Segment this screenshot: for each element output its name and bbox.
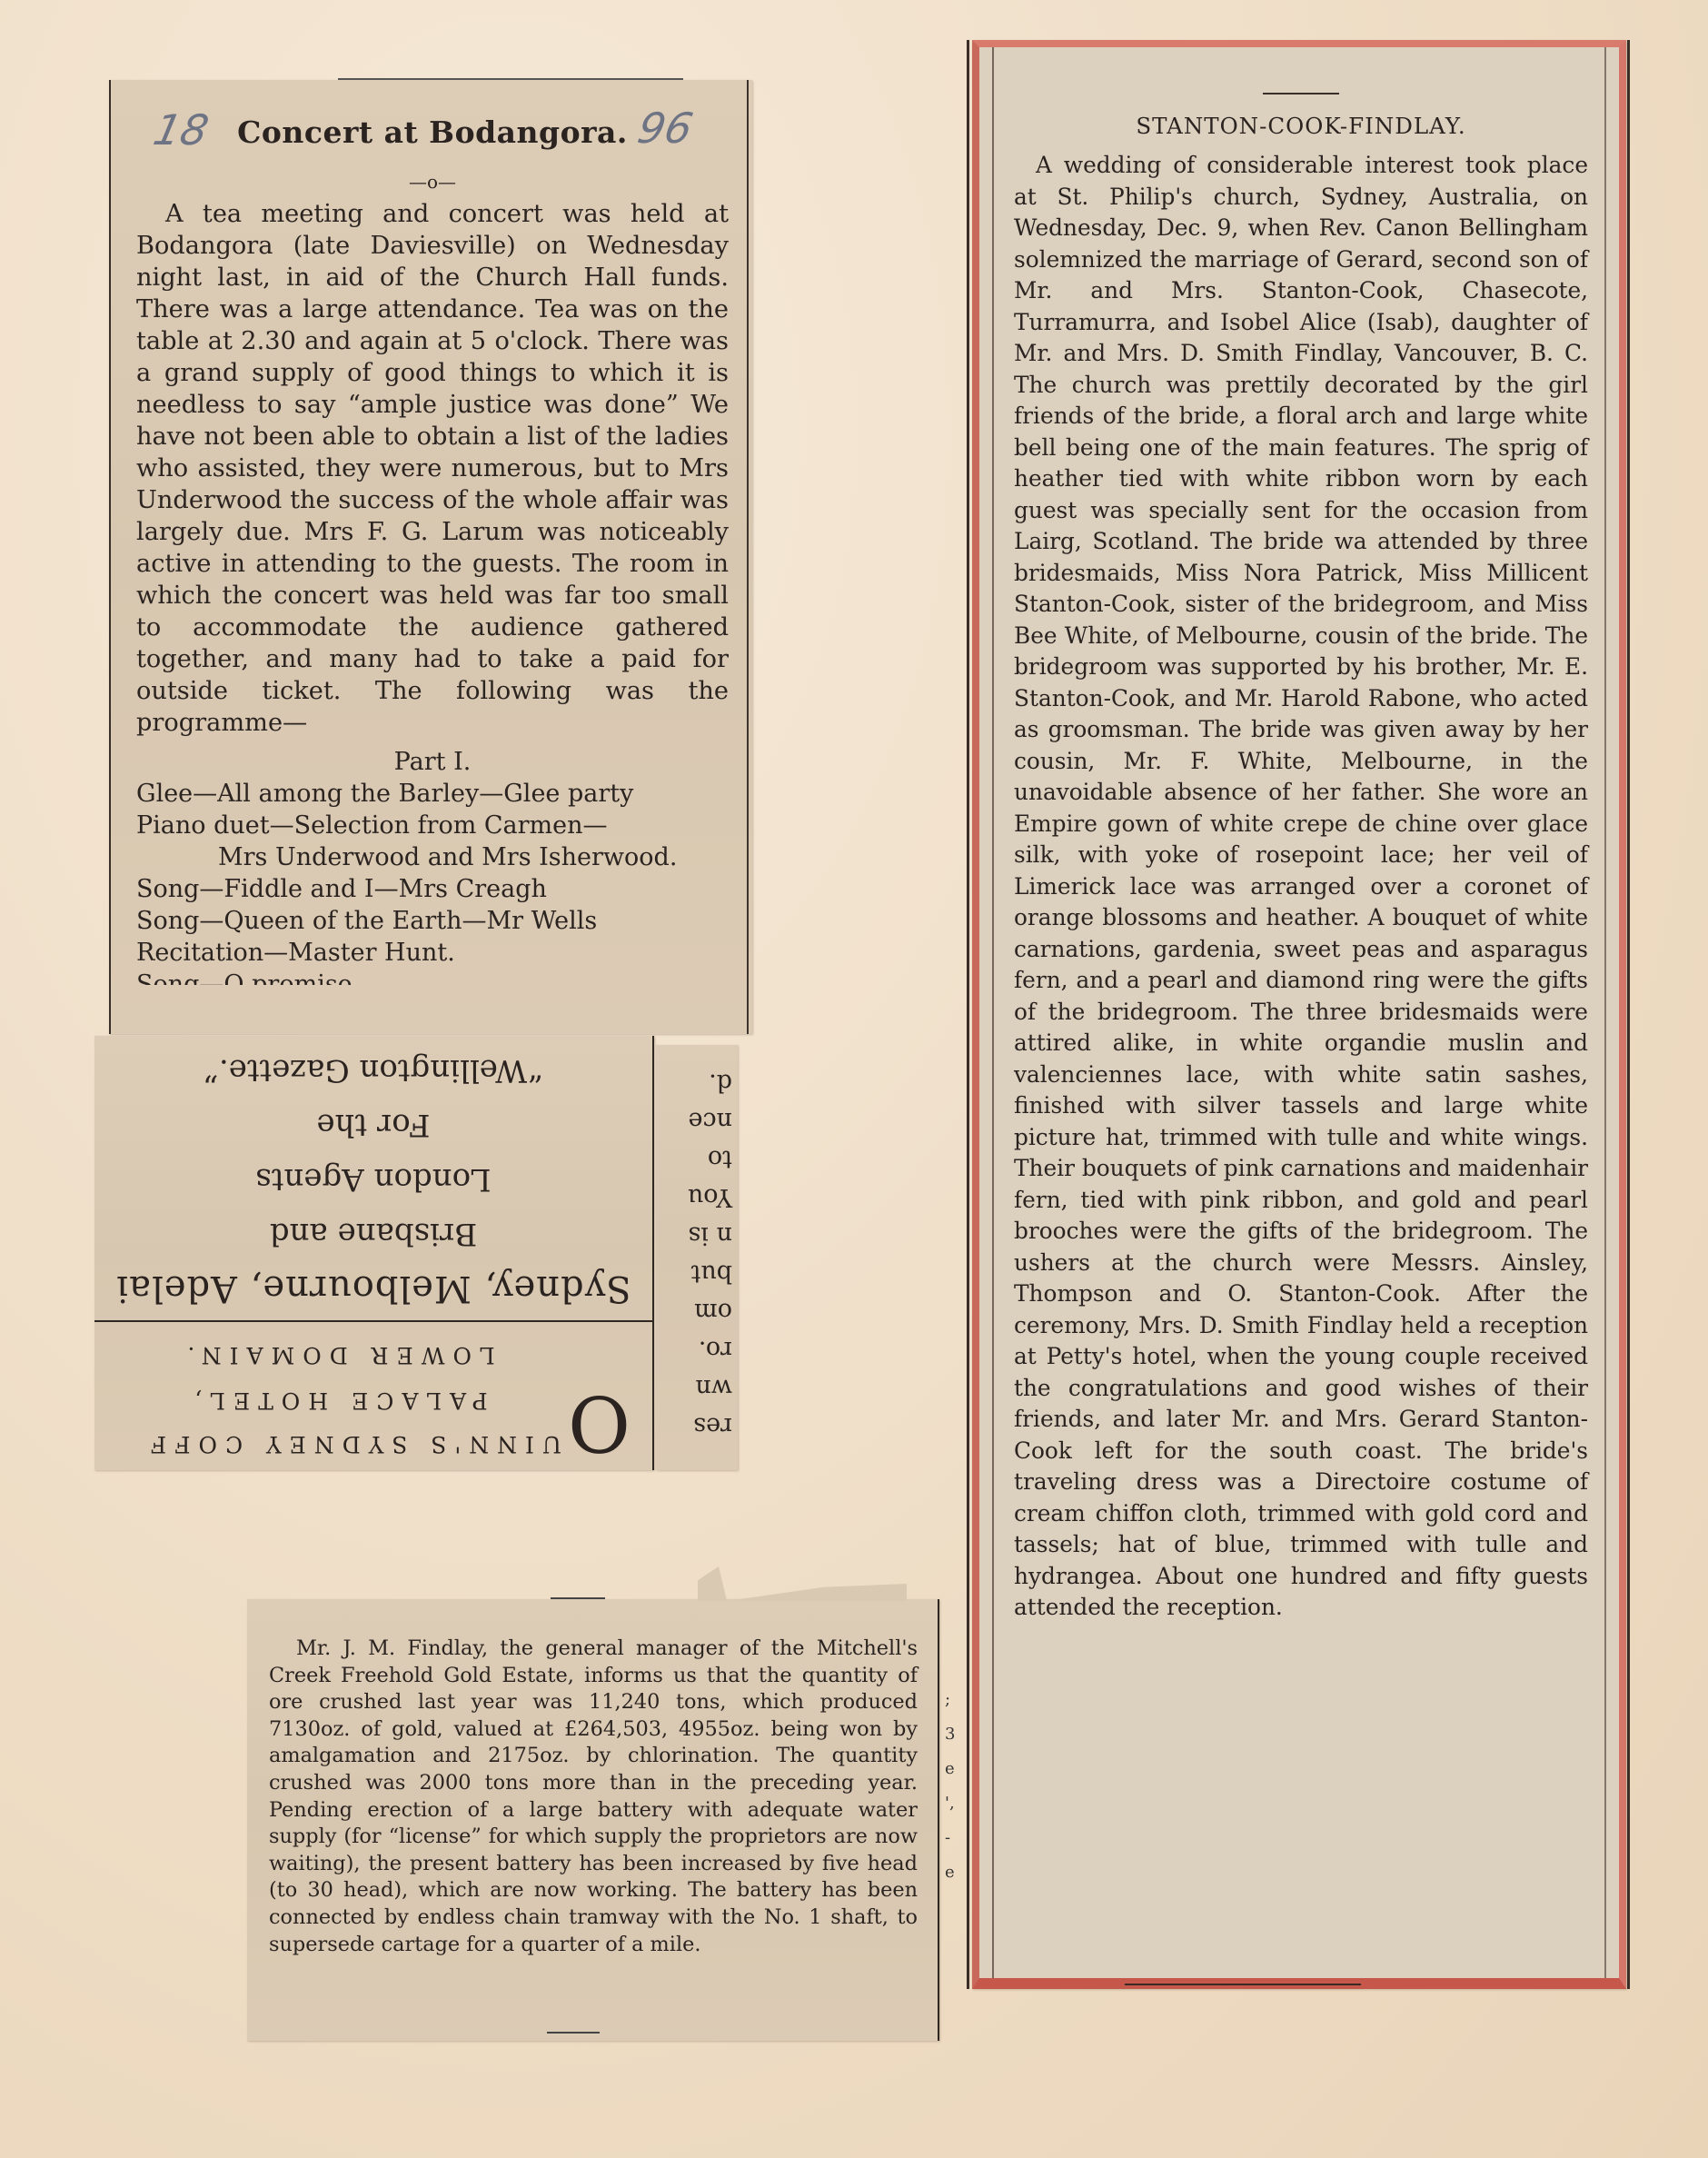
fragment: You xyxy=(656,1178,732,1216)
agents-line: Brisbane and xyxy=(94,1207,652,1261)
torn-paper-tab xyxy=(698,1566,907,1601)
border-line xyxy=(1627,40,1630,1989)
clipping-stanton-cook-findlay-wedding: STANTON-COOK-FINDLAY. A wedding of consi… xyxy=(972,40,1626,1989)
advert-line: PALACE HOTEL, xyxy=(94,1387,580,1414)
handwritten-annotation-left: 18 xyxy=(149,105,213,154)
programme-list: Glee—All among the Barley—Glee party Pia… xyxy=(136,778,729,985)
programme-item-partial: Song—O promise xyxy=(136,969,729,985)
fragment: d. xyxy=(656,1063,732,1101)
programme-item: Piano duet—Selection from Carmen— xyxy=(136,810,729,841)
clipping-advert-upside-down: O UINN'S SYDNEY COFF PALACE HOTEL, LOWER… xyxy=(94,1036,654,1470)
margin-mark: ', xyxy=(945,1786,963,1821)
fragment: wn xyxy=(656,1368,732,1407)
clipping-header: 18 Concert at Bodangora. 96 xyxy=(136,114,729,173)
agents-block: Sydney, Melbourne, Adelai Brisbane and L… xyxy=(94,1043,652,1316)
margin-fragment-marks: ; 3 e ', - e xyxy=(945,1683,963,1890)
clipping-concert-at-bodangora: 18 Concert at Bodangora. 96 —o— A tea me… xyxy=(109,80,752,1034)
fragment: om xyxy=(656,1292,732,1330)
programme-item: Recitation—Master Hunt. xyxy=(136,937,729,969)
ornament-separator: —o— xyxy=(136,173,729,191)
article-body: Mr. J. M. Findlay, the general manager o… xyxy=(269,1636,918,1958)
fragment: n is xyxy=(656,1216,732,1254)
margin-mark: - xyxy=(945,1821,963,1855)
fragment: but xyxy=(656,1254,732,1292)
agents-line: Sydney, Melbourne, Adelai xyxy=(94,1261,652,1316)
clipping-advert-fragment-strip: res wn ro. om but n is You to nce d. xyxy=(656,1045,738,1470)
article-paragraph: A wedding of considerable interest took … xyxy=(1014,150,1588,1624)
programme-part-heading: Part I. xyxy=(136,748,729,776)
rotated-content: O UINN'S SYDNEY COFF PALACE HOTEL, LOWER… xyxy=(94,1036,652,1470)
hotel-advert-block: O UINN'S SYDNEY COFF PALACE HOTEL, LOWER… xyxy=(94,1320,652,1470)
rotated-content: res wn ro. om but n is You to nce d. xyxy=(656,1045,738,1470)
clipping-title: Concert at Bodangora. xyxy=(237,114,628,150)
bottom-rule xyxy=(547,2032,600,2034)
clipping-title: STANTON-COOK-FINDLAY. xyxy=(1014,113,1588,139)
column-rule xyxy=(747,80,749,1034)
margin-mark: 3 xyxy=(945,1717,963,1752)
border-line xyxy=(1604,47,1606,1978)
fragment: res xyxy=(656,1407,732,1445)
programme-item: Mrs Underwood and Mrs Isherwood. xyxy=(136,841,729,873)
margin-mark: e xyxy=(945,1752,963,1786)
clipping-gold-estate: Mr. J. M. Findlay, the general manager o… xyxy=(247,1599,939,2041)
article-body: A wedding of considerable interest took … xyxy=(1014,150,1588,1624)
margin-mark: ; xyxy=(945,1683,963,1717)
handwritten-annotation-right: 96 xyxy=(634,104,698,153)
border-line xyxy=(967,40,969,1989)
top-rule xyxy=(1263,93,1339,94)
fragment: ro. xyxy=(656,1330,732,1368)
programme-item: Song—Fiddle and I—Mrs Creagh xyxy=(136,873,729,905)
article-body: A tea meeting and concert was held at Bo… xyxy=(136,198,729,739)
article-paragraph: Mr. J. M. Findlay, the general manager o… xyxy=(269,1636,918,1958)
fragment: to xyxy=(656,1139,732,1178)
agents-line: London Agents xyxy=(94,1152,652,1207)
top-rule xyxy=(338,78,683,80)
advert-line: UINN'S SYDNEY COFF xyxy=(94,1431,580,1457)
article-paragraph: A tea meeting and concert was held at Bo… xyxy=(136,198,729,739)
margin-mark: e xyxy=(945,1855,963,1890)
border-line xyxy=(992,47,994,1978)
top-rule xyxy=(551,1597,605,1599)
agents-line: For the xyxy=(94,1098,652,1152)
advert-line: LOWER DOMAIN. xyxy=(94,1342,580,1368)
fragment: nce xyxy=(656,1101,732,1139)
agents-line: “Wellington Gazette.” xyxy=(94,1043,652,1098)
programme-item: Song—Queen of the Earth—Mr Wells xyxy=(136,905,729,937)
programme-item: Glee—All among the Barley—Glee party xyxy=(136,778,729,810)
end-ornament xyxy=(1125,1984,1361,1985)
